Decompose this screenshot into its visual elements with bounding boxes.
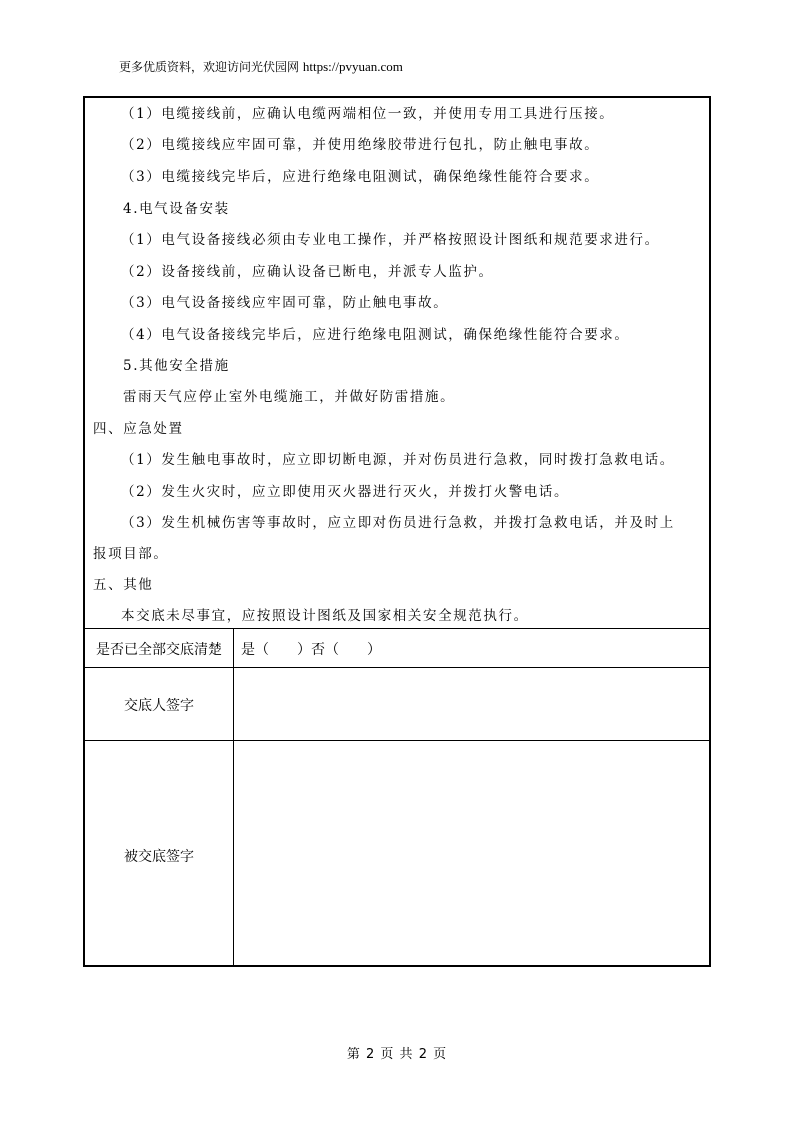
content-line: （4）电气设备接线完毕后，应进行绝缘电阻测试，确保绝缘性能符合要求。 [121, 326, 630, 344]
confirm-label: 是否已全部交底清楚 [85, 639, 233, 659]
recipient-signature-label: 被交底签字 [85, 846, 233, 866]
content-line: （2）设备接线前，应确认设备已断电，并派专人监护。 [121, 263, 494, 281]
table-divider [85, 740, 709, 741]
content-line: （3）电缆接线完毕后，应进行绝缘电阻测试，确保绝缘性能符合要求。 [121, 168, 599, 186]
content-line: （3）发生机械伤害等事故时，应立即对伤员进行急救，并拨打急救电话，并及时上 [121, 514, 675, 532]
content-line: 报项目部。 [93, 545, 169, 563]
page-number: 第 2 页 共 2 页 [0, 1043, 793, 1062]
document-frame: （1）电缆接线前，应确认电缆两端相位一致，并使用专用工具进行压接。 （2）电缆接… [83, 96, 711, 967]
content-line: （1）电气设备接线必须由专业电工操作，并严格按照设计图纸和规范要求进行。 [121, 231, 660, 249]
presenter-signature-field[interactable] [235, 669, 709, 739]
table-divider [85, 628, 709, 629]
presenter-signature-label: 交底人签字 [85, 695, 233, 715]
content-line: 本交底未尽事宜，应按照设计图纸及国家相关安全规范执行。 [121, 607, 529, 625]
content-line: （2）电缆接线应牢固可靠，并使用绝缘胶带进行包扎，防止触电事故。 [121, 136, 599, 154]
recipient-signature-field[interactable] [235, 742, 709, 966]
content-line: （3）电气设备接线应牢固可靠，防止触电事故。 [121, 294, 448, 312]
table-column-divider [233, 628, 234, 967]
section-heading: 五、其他 [93, 576, 153, 594]
section-heading: 四、应急处置 [93, 420, 184, 438]
header-text: 更多优质资料，欢迎访问光伏园网 [119, 60, 299, 74]
confirm-value-field[interactable]: 是（ ）否（ ） [241, 639, 381, 659]
page-header: 更多优质资料，欢迎访问光伏园网 https://pvyuan.com [119, 58, 403, 75]
content-line: 雷雨天气应停止室外电缆施工，并做好防雷措施。 [123, 388, 455, 406]
section-heading: 4.电气设备安装 [123, 200, 230, 218]
header-url-link[interactable]: https://pvyuan.com [303, 59, 403, 74]
content-line: （1）电缆接线前，应确认电缆两端相位一致，并使用专用工具进行压接。 [121, 105, 614, 123]
table-divider [85, 667, 709, 668]
content-line: （2）发生火灾时，应立即使用灭火器进行灭火，并拨打火警电话。 [121, 483, 569, 501]
section-heading: 5.其他安全措施 [123, 357, 230, 375]
content-line: （1）发生触电事故时，应立即切断电源，并对伤员进行急救，同时拨打急救电话。 [121, 451, 675, 469]
